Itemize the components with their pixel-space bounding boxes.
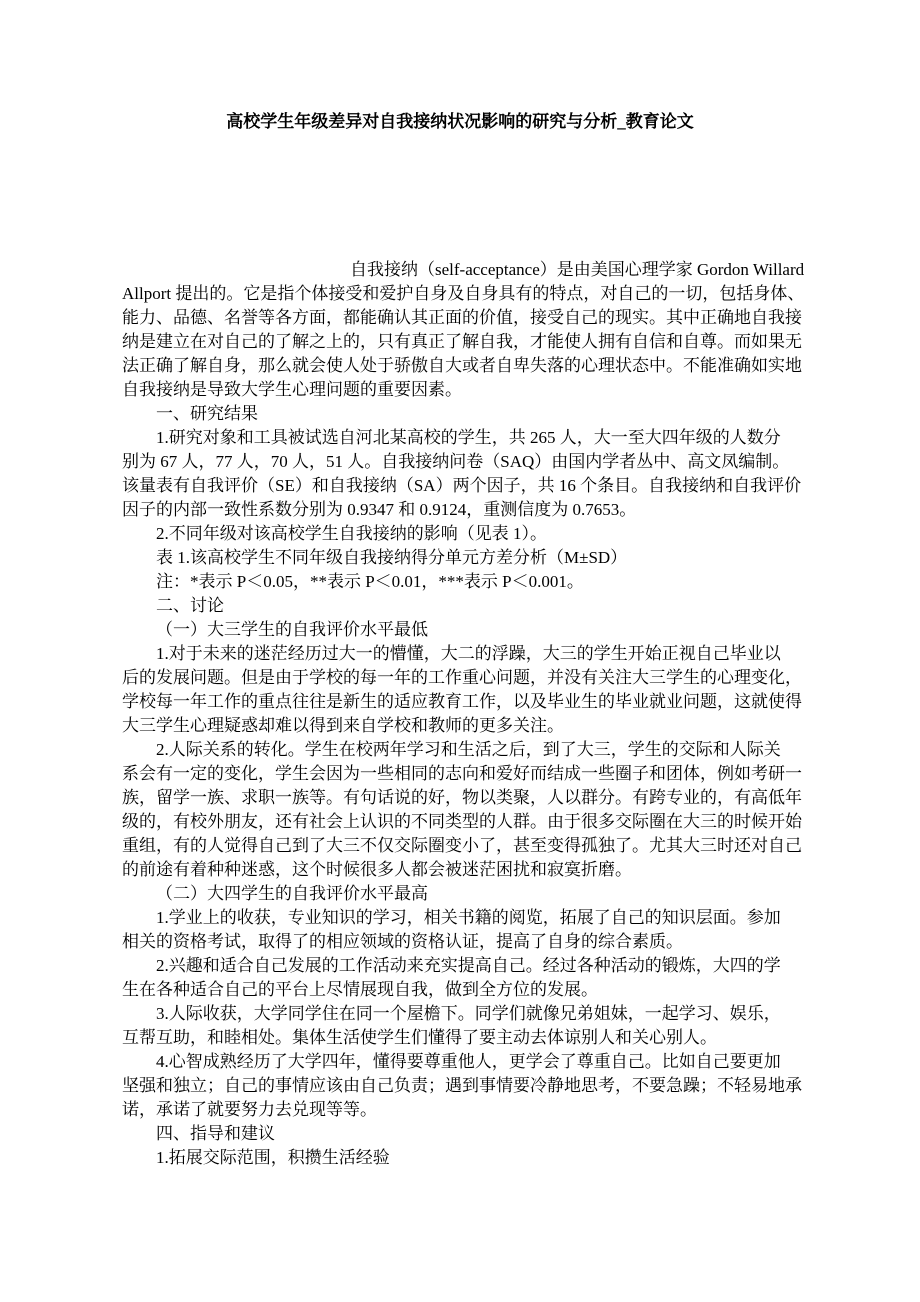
text-line: 学校每一年工作的重点往往是新生的适应教育工作，以及毕业生的毕业就业问题，这就使得 (122, 690, 786, 714)
text-line: 纳是建立在对自己的了解之上的，只有真正了解自我，才能使人拥有自信和自尊。而如果无 (122, 330, 786, 354)
text-line: 重组，有的人觉得自己到了大三不仅交际圈变小了，甚至变得孤独了。尤其大三时还对自己 (122, 834, 786, 858)
text-line: 1.对于未来的迷茫经历过大一的懵懂，大二的浮躁，大三的学生开始正视自己毕业以 (122, 642, 786, 666)
text-line: 诺，承诺了就要努力去兑现等等。 (122, 1098, 786, 1122)
text-line: 2.人际关系的转化。学生在校两年学习和生活之后，到了大三，学生的交际和人际关 (122, 738, 786, 762)
text-line: 1.拓展交际范围，积攒生活经验 (122, 1146, 786, 1170)
text-line: 坚强和独立；自己的事情应该由自己负责；遇到事情要冷静地思考，不要急躁；不轻易地承 (122, 1074, 786, 1098)
text-line: Allport 提出的。它是指个体接受和爱护自身及自身具有的特点，对自己的一切，… (122, 282, 786, 306)
text-line: 表 1.该高校学生不同年级自我接纳得分单元方差分析（M±SD） (122, 546, 786, 570)
document-page: 高校学生年级差异对自我接纳状况影响的研究与分析_教育论文 自我接纳（self-a… (0, 0, 920, 1302)
text-line: 注：*表示 P＜0.05，**表示 P＜0.01，***表示 P＜0.001。 (122, 570, 786, 594)
text-line: 1.学业上的收获，专业知识的学习，相关书籍的阅览，拓展了自己的知识层面。参加 (122, 906, 786, 930)
text-line: 该量表有自我评价（SE）和自我接纳（SA）两个因子，共 16 个条目。自我接纳和… (122, 474, 786, 498)
text-line: 1.研究对象和工具被试选自河北某高校的学生，共 265 人，大一至大四年级的人数… (122, 426, 786, 450)
text-line: 系会有一定的变化，学生会因为一些相同的志向和爱好而结成一些圈子和团体，例如考研一 (122, 762, 786, 786)
text-line: 二、讨论 (122, 594, 786, 618)
text-line: （二）大四学生的自我评价水平最高 (122, 882, 786, 906)
text-line: 相关的资格考试，取得了的相应领域的资格认证，提高了自身的综合素质。 (122, 930, 786, 954)
text-line: （一）大三学生的自我评价水平最低 (122, 618, 786, 642)
text-line: 互帮互助，和睦相处。集体生活使学生们懂得了要主动去体谅别人和关心别人。 (122, 1026, 786, 1050)
text-line: 生在各种适合自己的平台上尽情展现自我，做到全方位的发展。 (122, 978, 786, 1002)
text-line: 族，留学一族、求职一族等。有句话说的好，物以类聚，人以群分。有跨专业的，有高低年 (122, 786, 786, 810)
text-line: 能力、品德、名誉等各方面，都能确认其正面的价值，接受自己的现实。其中正确地自我接 (122, 306, 786, 330)
text-line: 因子的内部一致性系数分别为 0.9347 和 0.9124，重测信度为 0.76… (122, 498, 786, 522)
text-line: 3.人际收获，大学同学住在同一个屋檐下。同学们就像兄弟姐妹，一起学习、娱乐， (122, 1002, 786, 1026)
text-line: 自我接纳是导致大学生心理问题的重要因素。 (122, 378, 786, 402)
text-line: 大三学生心理疑惑却难以得到来自学校和教师的更多关注。 (122, 714, 786, 738)
text-line: 四、指导和建议 (122, 1122, 786, 1146)
text-line: 4.心智成熟经历了大学四年，懂得要尊重他人，更学会了尊重自己。比如自己要更加 (122, 1050, 786, 1074)
text-line: 一、研究结果 (122, 402, 786, 426)
text-line: 别为 67 人，77 人，70 人，51 人。自我接纳问卷（SAQ）由国内学者丛… (122, 450, 786, 474)
text-line: 2.兴趣和适合自己发展的工作活动来充实提高自己。经过各种活动的锻炼，大四的学 (122, 954, 786, 978)
text-line: 法正确了解自身，那么就会使人处于骄傲自大或者自卑失落的心理状态中。不能准确如实地 (122, 354, 786, 378)
text-line: 2.不同年级对该高校学生自我接纳的影响（见表 1）。 (122, 522, 786, 546)
text-line: 级的，有校外朋友，还有社会上认识的不同类型的人群。由于很多交际圈在大三的时候开始 (122, 810, 786, 834)
text-line: 后的发展问题。但是由于学校的每一年的工作重心问题，并没有关注大三学生的心理变化， (122, 666, 786, 690)
text-line: 自我接纳（self-acceptance）是由美国心理学家 Gordon Wil… (122, 258, 786, 282)
document-body: 自我接纳（self-acceptance）是由美国心理学家 Gordon Wil… (122, 258, 786, 1170)
document-title: 高校学生年级差异对自我接纳状况影响的研究与分析_教育论文 (0, 110, 920, 134)
text-line: 的前途有着种种迷惑，这个时候很多人都会被迷茫困扰和寂寞折磨。 (122, 858, 786, 882)
